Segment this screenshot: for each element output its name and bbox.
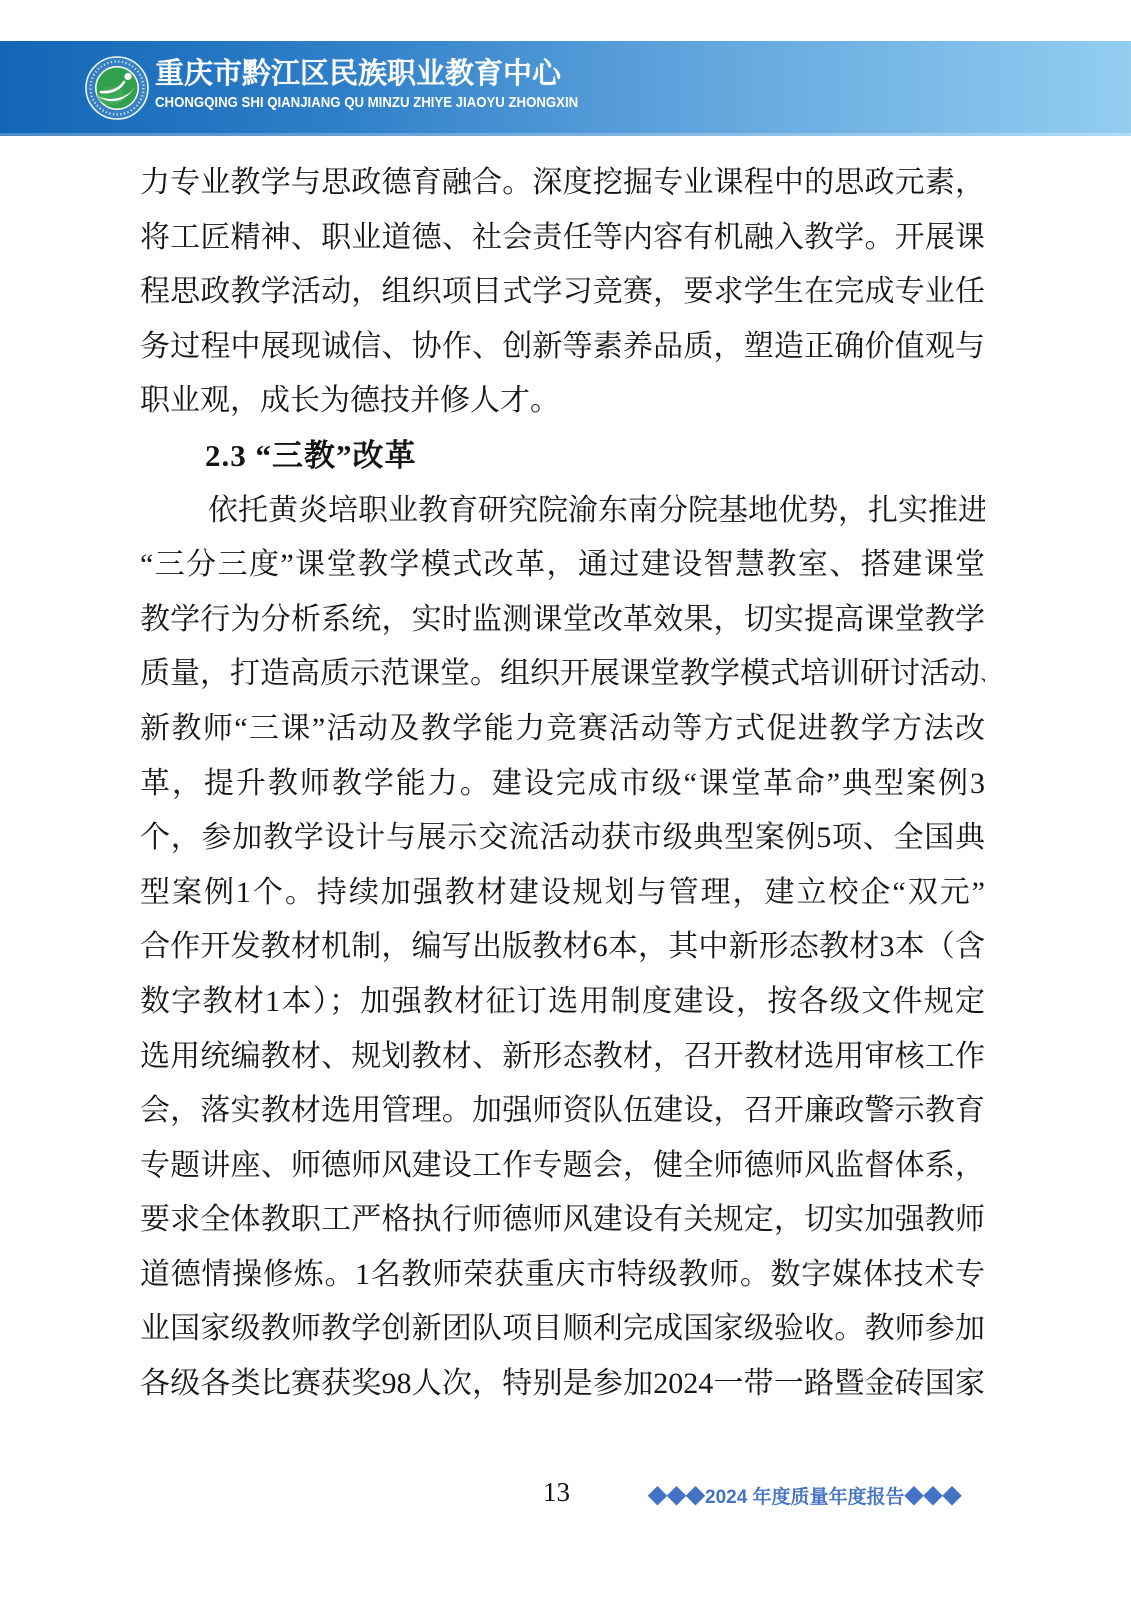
body-text-line: 选用统编教材、规划教材、新形态教材，召开教材选用审核工作: [140, 1030, 985, 1085]
body-text-line: 业国家级教师教学创新团队项目顺利完成国家级验收。教师参加: [140, 1302, 985, 1357]
body-text-line: 职业观，成长为德技并修人才。: [140, 374, 985, 429]
body-text-line: 专题讲座、师德师风建设工作专题会，健全师德师风监督体系，: [140, 1139, 985, 1194]
body-text-line: 务过程中展现诚信、协作、创新等素养品质，塑造正确价值观与: [140, 320, 985, 375]
body-text-line: 合作开发教材机制，编写出版教材6本，其中新形态教材3本（含: [140, 920, 985, 975]
body-text-line: 程思政教学活动，组织项目式学习竞赛，要求学生在完成专业任: [140, 265, 985, 320]
report-footer-label: ◆◆◆2024 年度质量年度报告◆◆◆: [648, 1482, 962, 1509]
school-name-cn: 重庆市黔江区民族职业教育中心: [155, 58, 636, 91]
body-text-line: 新教师“三课”活动及教学能力竞赛活动等方式促进教学方法改: [140, 702, 985, 757]
body-text-line: “三分三度”课堂教学模式改革，通过建设智慧教室、搭建课堂: [140, 538, 985, 593]
body-text-line: 力专业教学与思政德育融合。深度挖掘专业课程中的思政元素，: [140, 156, 985, 211]
body-text-line: 型案例1个。持续加强教材建设规划与管理，建立校企“双元”: [140, 866, 985, 921]
body-text-line: 数字教材1本）；加强教材征订选用制度建设，按各级文件规定: [140, 975, 985, 1030]
body-text-line: 将工匠精神、职业道德、社会责任等内容有机融入教学。开展课: [140, 211, 985, 266]
banner-bottom-edge: [0, 133, 1131, 136]
page-body: 力专业教学与思政德育融合。深度挖掘专业课程中的思政元素， 将工匠精神、职业道德、…: [140, 156, 985, 1412]
body-text-line: 依托黄炎培职业教育研究院渝东南分院基地优势，扎实推进: [140, 484, 985, 539]
section-heading-2-3: 2.3 “三教”改革: [140, 429, 985, 484]
body-text-line: 各级各类比赛获奖98人次，特别是参加2024一带一路暨金砖国家: [140, 1357, 985, 1412]
body-text-line: 革，提升教师教学能力。建设完成市级“课堂革命”典型案例3: [140, 757, 985, 812]
report-page: 重庆市黔江区民族职业教育中心 CHONGQING SHI QIANJIANG Q…: [0, 0, 1131, 1600]
body-text-line: 教学行为分析系统，实时监测课堂改革效果，切实提高课堂教学: [140, 593, 985, 648]
body-text-line: 道德情操修炼。1名教师荣获重庆市特级教师。数字媒体技术专: [140, 1248, 985, 1303]
body-text-line: 质量，打造高质示范课堂。组织开展课堂教学模式培训研讨活动、: [140, 647, 985, 702]
school-emblem-icon: [84, 55, 150, 121]
body-text-line: 个，参加教学设计与展示交流活动获市级典型案例5项、全国典: [140, 811, 985, 866]
header-titles: 重庆市黔江区民族职业教育中心 CHONGQING SHI QIANJIANG Q…: [155, 58, 636, 111]
body-text-line: 会，落实教材选用管理。加强师资队伍建设，召开廉政警示教育: [140, 1084, 985, 1139]
header-banner: 重庆市黔江区民族职业教育中心 CHONGQING SHI QIANJIANG Q…: [0, 41, 1131, 136]
body-text-line: 要求全体教职工严格执行师德师风建设有关规定，切实加强教师: [140, 1193, 985, 1248]
school-name-pinyin: CHONGQING SHI QIANJIANG QU MINZU ZHIYE J…: [155, 94, 578, 111]
page-number: 13: [543, 1477, 570, 1508]
